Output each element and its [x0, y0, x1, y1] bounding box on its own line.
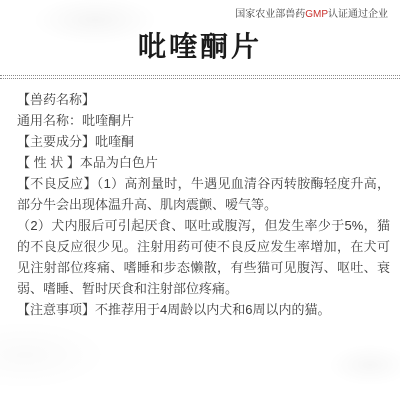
section-precautions: 【注意事项】不推荐用于4周龄以内犬和6周以内的猫。 — [17, 299, 390, 320]
certification-banner: 国家农业部兽药GMP认证通过企业 — [235, 9, 388, 21]
section-adverse-reactions-part1: 【不良反应】（1）高剂量时，牛遇见血清谷丙转胺酶轻度升高，部分牛会出现体温升高、… — [17, 173, 390, 215]
section-description: 【 性 状 】本品为白色片 — [17, 152, 390, 173]
section-main-ingredient: 【主要成分】吡喹酮 — [17, 131, 390, 152]
label-content: 【兽药名称】 通用名称：吡喹酮片 【主要成分】吡喹酮 【 性 状 】本品为白色片… — [0, 79, 400, 320]
certification-text-suffix: 认证通过企业 — [328, 9, 388, 20]
section-veterinary-drug-name-heading: 【兽药名称】 — [17, 89, 390, 110]
certification-text-prefix: 国家农业部兽药 — [235, 9, 305, 20]
section-adverse-reactions-part2: （2）犬内服后可引起厌食、呕吐或腹泻，但发生率少于5%，猫的不良反应很少见。注射… — [17, 215, 390, 299]
drug-label-page: 国家农业部兽药GMP认证通过企业 吡喹酮片 【兽药名称】 通用名称：吡喹酮片 【… — [0, 0, 400, 400]
generic-name-line: 通用名称：吡喹酮片 — [17, 110, 390, 131]
gmp-certification-highlight: GMP — [305, 9, 328, 20]
